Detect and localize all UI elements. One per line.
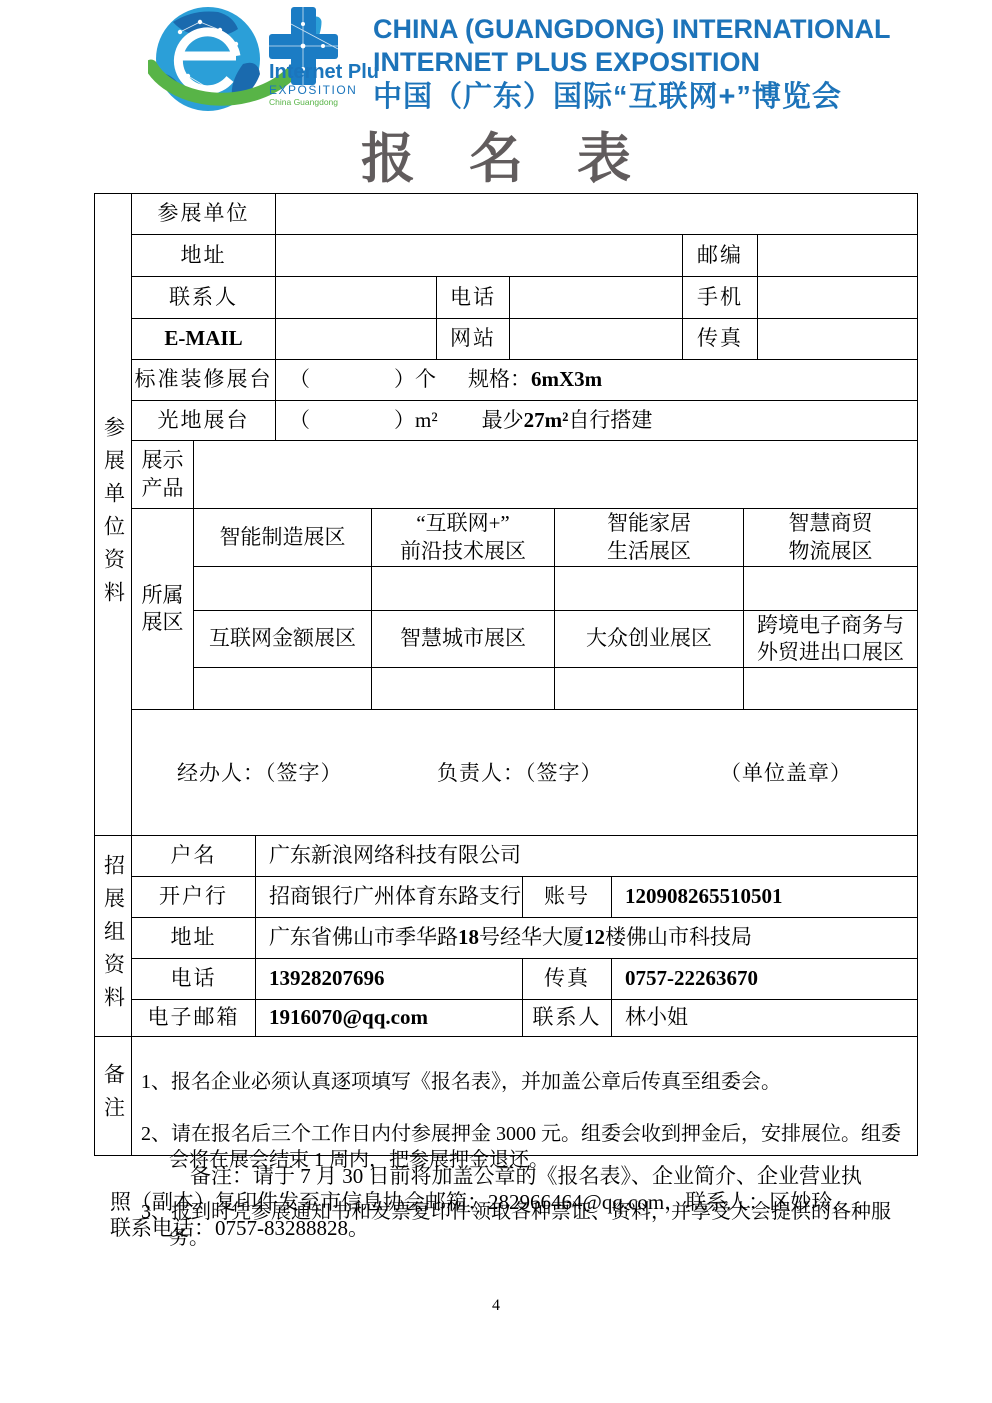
zone-select-cell[interactable] <box>371 566 555 611</box>
phone-label: 电话 <box>436 276 510 319</box>
organizer-fax-value: 0757-22263670 <box>611 958 918 1000</box>
raw-space-note-num: 27m² <box>524 407 569 434</box>
booth-spec-value: 6mX3m <box>531 366 602 393</box>
mobile-label: 手机 <box>682 276 758 319</box>
organizer-address-label: 地址 <box>131 917 256 959</box>
zone-internet-plus-frontier: “互联网+” 前沿技术展区 <box>371 508 555 567</box>
phone-field[interactable] <box>509 276 683 319</box>
internet-plus-expo-logo: Internet Plus EXPOSITION China Guangdong <box>148 4 378 118</box>
address-field[interactable] <box>275 234 683 277</box>
bank-label: 开户行 <box>131 876 256 918</box>
contact-field[interactable] <box>275 276 437 319</box>
raw-space-blank[interactable]: （ ）m² <box>289 407 438 434</box>
fax-field[interactable] <box>757 318 918 360</box>
account-no-value: 120908265510501 <box>611 876 918 918</box>
exhibitor-unit-field[interactable] <box>275 193 918 235</box>
standard-booth-field[interactable]: （ ）个 规格： 6mX3m <box>275 359 918 401</box>
products-field[interactable] <box>193 440 918 509</box>
remarks-cell: 1、报名企业必须认真逐项填写《报名表》，并加盖公章后传真至组委会。 2、请在报名… <box>131 1036 918 1156</box>
expo-title-block: CHINA (GUANGDONG) INTERNATIONAL INTERNET… <box>373 13 890 114</box>
organizer-email-label: 电子邮箱 <box>131 999 256 1037</box>
email-field[interactable] <box>275 318 437 360</box>
zone-smart-city: 智慧城市展区 <box>371 610 555 668</box>
email-label: E-MAIL <box>131 318 276 360</box>
principal-signature-label: 负责人：（签字） <box>437 757 603 787</box>
raw-space-note-2: 自行搭建 <box>568 407 652 434</box>
zone-select-cell[interactable] <box>371 667 555 710</box>
zone-select-cell[interactable] <box>743 667 918 710</box>
zone-select-cell[interactable] <box>193 566 372 611</box>
standard-booth-label: 标准装修展台 <box>131 359 276 401</box>
expo-title-en-line1: CHINA (GUANGDONG) INTERNATIONAL <box>373 13 890 46</box>
logo-graphic: Internet Plus EXPOSITION China Guangdong <box>148 4 378 118</box>
contact-label: 联系人 <box>131 276 276 319</box>
signature-area[interactable]: 经办人：（签字） 负责人：（签字） （单位盖章） <box>131 709 918 836</box>
form-title: 报 名 表 <box>0 116 992 193</box>
remark-item-1: 1、报名企业必须认真逐项填写《报名表》，并加盖公章后传真至组委会。 <box>141 1069 909 1095</box>
address-label: 地址 <box>131 234 276 277</box>
footer-note-line1: 备注：请于 7 月 30 日前将加盖公章的《报名表》、企业简介、企业营业执 <box>110 1163 922 1189</box>
logo-text-line2: EXPOSITION <box>269 83 357 97</box>
footer-note-line2: 照（副本）复印件发至市信息协会邮箱：282966464@qq.com，联系人：区… <box>110 1189 922 1215</box>
zone-smart-home: 智能家居 生活展区 <box>554 508 744 567</box>
zone-select-cell[interactable] <box>554 667 744 710</box>
account-name-label: 户名 <box>131 835 256 877</box>
organizer-phone-label: 电话 <box>131 958 256 1000</box>
raw-space-label: 光地展台 <box>131 400 276 441</box>
unit-seal-label: （单位盖章） <box>720 757 852 787</box>
logo-text-line1: Internet Plus <box>269 61 378 83</box>
website-field[interactable] <box>509 318 683 360</box>
postcode-field[interactable] <box>757 234 918 277</box>
operator-signature-label: 经办人：（签字） <box>177 757 343 787</box>
logo-text-line3: China Guangdong <box>269 97 338 107</box>
sidebar-organizer-info: 招展组资料 <box>94 835 132 1037</box>
exhibitor-unit-label: 参展单位 <box>131 193 276 235</box>
organizer-address-value: 广东省佛山市季华路 18 号经华大厦 12 楼佛山市科技局 <box>255 917 918 959</box>
footer-note: 备注：请于 7 月 30 日前将加盖公章的《报名表》、企业简介、企业营业执 照（… <box>110 1163 922 1241</box>
booth-count-blank[interactable]: （ ）个 <box>289 366 436 393</box>
registration-form-page: Internet Plus EXPOSITION China Guangdong… <box>0 0 992 1403</box>
footer-note-line3: 联系电话：0757-83288828。 <box>110 1215 922 1241</box>
fax-label: 传真 <box>682 318 758 360</box>
sidebar-remarks: 备注 <box>94 1036 132 1156</box>
expo-title-cn: 中国（广东）国际“互联网+”博览会 <box>373 80 890 114</box>
raw-space-note-1: 最少 <box>482 407 524 434</box>
mobile-field[interactable] <box>757 276 918 319</box>
zone-internet-finance: 互联网金额展区 <box>193 610 372 668</box>
zone-select-cell[interactable] <box>554 566 744 611</box>
zone-cross-border-ecommerce: 跨境电子商务与 外贸进出口展区 <box>743 610 918 668</box>
expo-title-en-line2: INTERNET PLUS EXPOSITION <box>373 46 890 79</box>
organizer-contact-value: 林小姐 <box>611 999 918 1037</box>
booth-spec-label: 规格： <box>468 366 531 393</box>
organizer-contact-label: 联系人 <box>522 999 612 1037</box>
zones-label: 所属 展区 <box>131 508 194 710</box>
account-no-label: 账号 <box>522 876 612 918</box>
bank-value: 招商银行广州体育东路支行 <box>255 876 523 918</box>
organizer-fax-label: 传真 <box>522 958 612 1000</box>
zone-smart-manufacturing: 智能制造展区 <box>193 508 372 567</box>
page-number: 4 <box>0 1297 992 1315</box>
sidebar-exhibitor-info: 参展单位资料 <box>94 193 132 836</box>
products-label: 展示 产品 <box>131 440 194 509</box>
zone-mass-entrepreneurship: 大众创业展区 <box>554 610 744 668</box>
website-label: 网站 <box>436 318 510 360</box>
account-name-value: 广东新浪网络科技有限公司 <box>255 835 918 877</box>
organizer-phone-value: 13928207696 <box>255 958 523 1000</box>
zone-select-cell[interactable] <box>743 566 918 611</box>
organizer-email-value: 1916070@qq.com <box>255 999 523 1037</box>
postcode-label: 邮编 <box>682 234 758 277</box>
raw-space-field[interactable]: （ ）m² 最少 27m² 自行搭建 <box>275 400 918 441</box>
zone-smart-commerce-logistics: 智慧商贸 物流展区 <box>743 508 918 567</box>
zone-select-cell[interactable] <box>193 667 372 710</box>
